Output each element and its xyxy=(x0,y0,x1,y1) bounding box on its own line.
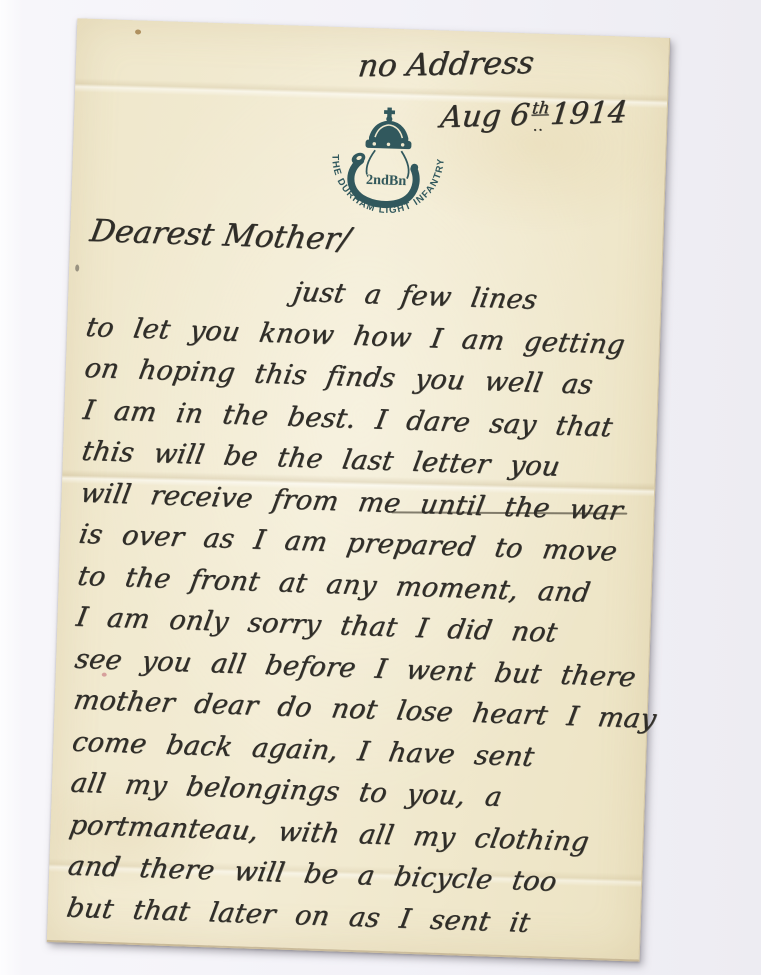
salutation: Dearest Mother/ xyxy=(87,213,353,257)
letter-scan: no Address Aug 6th..1914 xyxy=(47,18,670,961)
durham-light-infantry-crest-icon: 2ndBn THE DURHAM LIGHT INFANTRY xyxy=(315,104,461,223)
date-year: 1914 xyxy=(549,95,629,132)
date-line: Aug 6th..1914 xyxy=(439,95,629,135)
letter-body: just a few linesto let you know how I am… xyxy=(63,265,653,947)
battalion-label: 2ndBn xyxy=(366,172,407,189)
date-ordinal: th.. xyxy=(529,97,550,133)
crown-icon xyxy=(365,107,412,149)
address-note: no Address xyxy=(356,45,536,84)
ink-speck xyxy=(75,264,79,271)
paper-stain xyxy=(135,29,141,34)
